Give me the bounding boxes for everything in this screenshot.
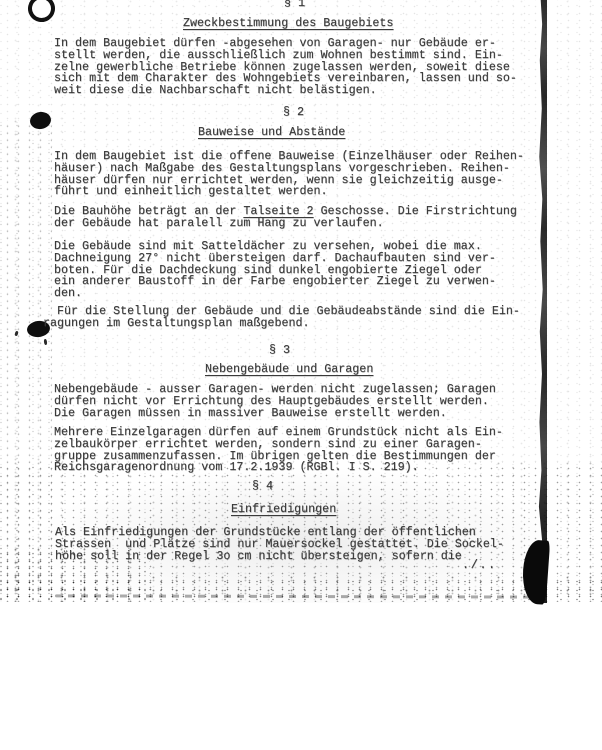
section-3-paragraph-1: Nebengebäude - ausser Garagen- werden ni… — [54, 384, 496, 419]
section-1-symbol: § 1 — [284, 0, 305, 9]
section-3-paragraph-2: Mehrere Einzelgaragen dürfen auf einem G… — [54, 427, 503, 474]
paragraph-line: ragungen im Gestaltungsplan maßgebend. — [43, 318, 520, 330]
section-2-paragraph-3: Die Gebäude sind mit Satteldächer zu ver… — [54, 241, 496, 300]
section-1-paragraph-1: In dem Baugebiet dürfen -abgesehen von G… — [54, 38, 517, 97]
section-1-heading: Zweckbestimmung des Baugebiets — [183, 17, 393, 29]
section-4-heading: Einfriedigungen — [231, 503, 336, 515]
document-text: § 1 Zweckbestimmung des Baugebiets In de… — [0, 0, 602, 750]
section-2-paragraph-4: Für die Stellung der Gebäude und die Geb… — [57, 306, 520, 330]
continuation-mark: ./.. — [462, 558, 497, 572]
section-4-paragraph-1: Als Einfriedigungen der Grundstücke entl… — [55, 527, 504, 562]
section-2-symbol: § 2 — [283, 106, 304, 118]
scanned-document-page: § 1 Zweckbestimmung des Baugebiets In de… — [0, 0, 602, 750]
section-2-paragraph-2: Die Bauhöhe beträgt an der Talseite 2 Ge… — [54, 206, 517, 230]
section-3-symbol: § 3 — [269, 344, 290, 356]
section-2-heading: Bauweise und Abstände — [198, 126, 345, 138]
section-2-paragraph-1: In dem Baugebiet ist die offene Bauweise… — [54, 151, 524, 198]
section-4-symbol: § 4 — [252, 480, 273, 492]
section-3-heading: Nebengebäude und Garagen — [205, 363, 373, 375]
